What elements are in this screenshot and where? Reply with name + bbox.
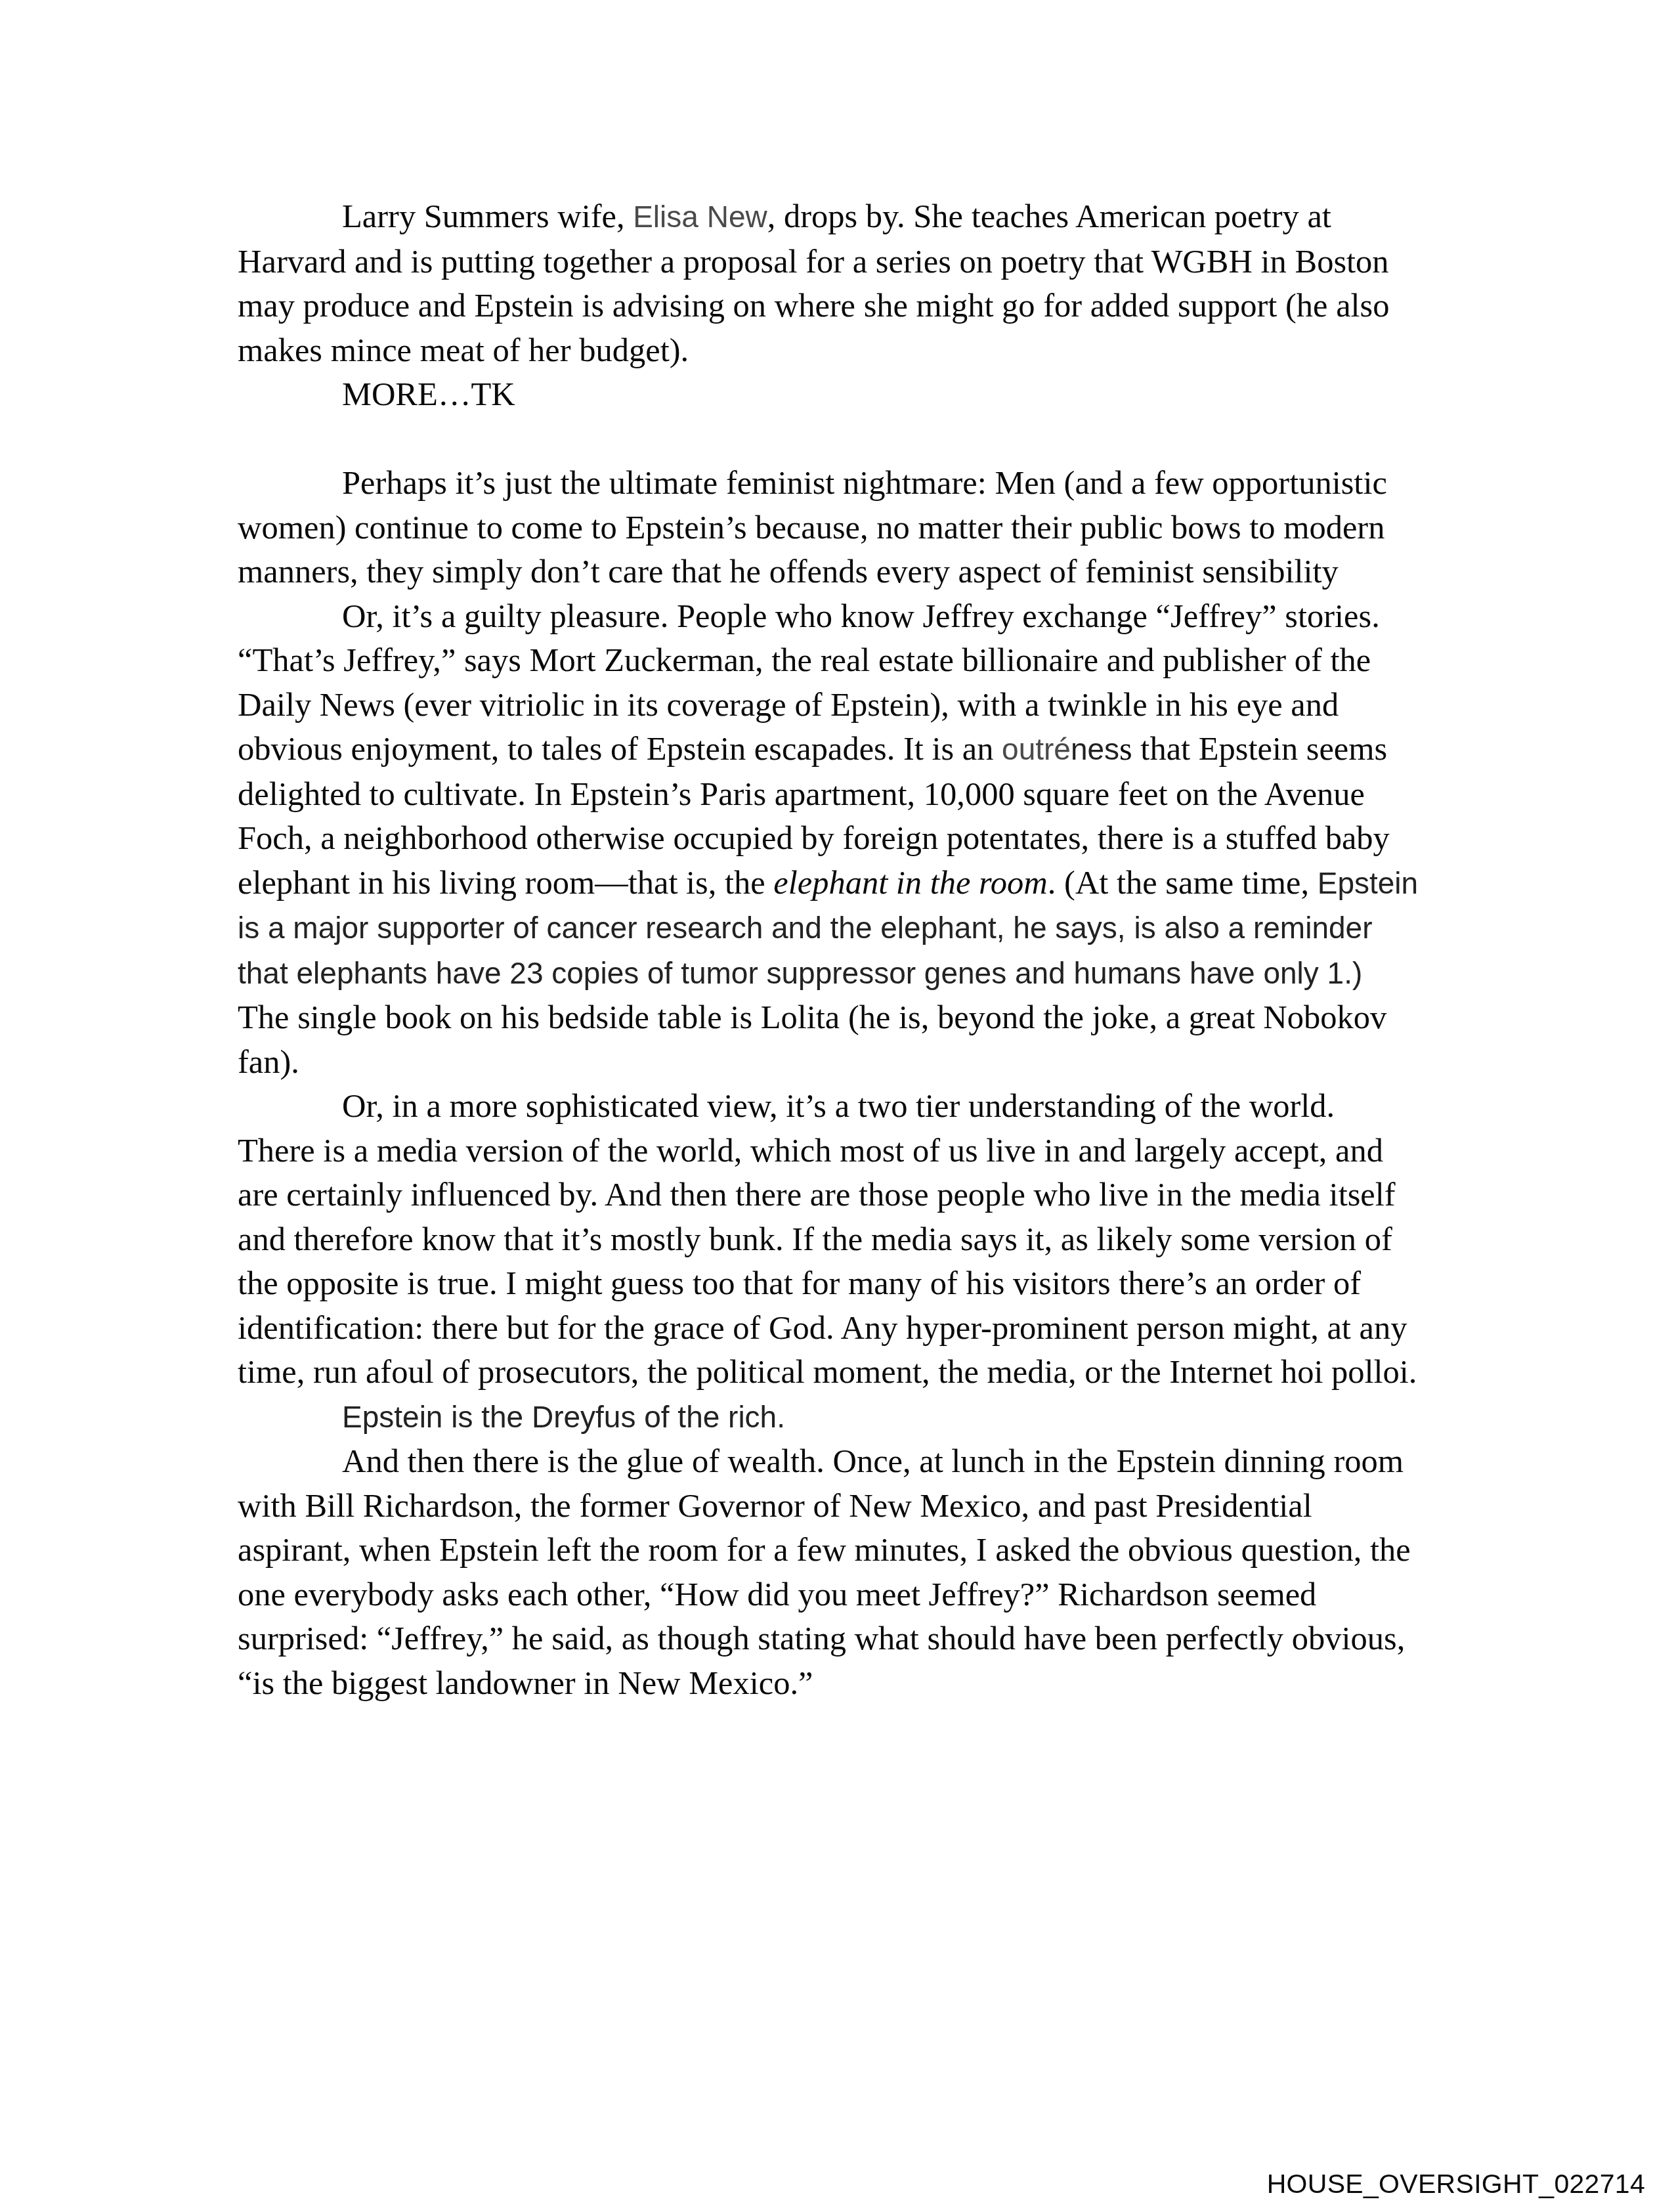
paragraph-dreyfus: Epstein is the Dreyfus of the rich. — [238, 1395, 1419, 1440]
text-run-outre: outré — [1002, 732, 1071, 766]
text-run: Or, in a more sophisticated view, it’s a… — [238, 1087, 1417, 1390]
paragraph-elisa-new: Larry Summers wife, Elisa New, drops by.… — [238, 194, 1419, 372]
text-run: MORE…TK — [342, 376, 515, 412]
document-page: Larry Summers wife, Elisa New, drops by.… — [238, 194, 1419, 1705]
paragraph-two-tier: Or, in a more sophisticated view, it’s a… — [238, 1084, 1419, 1395]
text-run-nes: nes — [1071, 732, 1119, 766]
paragraph-guilty-pleasure: Or, it’s a guilty pleasure. People who k… — [238, 594, 1419, 1085]
paragraph-more-tk: MORE…TK — [238, 372, 1419, 417]
text-run: And then there is the glue of wealth. On… — [238, 1442, 1411, 1701]
paragraph-feminist-nightmare: Perhaps it’s just the ultimate feminist … — [238, 461, 1419, 594]
text-run-name-highlight: Elisa New — [633, 200, 767, 234]
bates-number: HOUSE_OVERSIGHT_022714 — [1267, 2169, 1645, 2200]
text-run-italic: elephant in the room — [773, 864, 1048, 901]
text-run-dreyfus: Epstein is the Dreyfus of the rich. — [342, 1400, 785, 1434]
paragraph-gap — [238, 417, 1419, 462]
paragraph-glue-of-wealth: And then there is the glue of wealth. On… — [238, 1439, 1419, 1705]
text-run: Larry Summers wife, — [342, 198, 633, 234]
text-run: Perhaps it’s just the ultimate feminist … — [238, 464, 1387, 590]
text-run: . (At the same time, — [1048, 864, 1318, 901]
